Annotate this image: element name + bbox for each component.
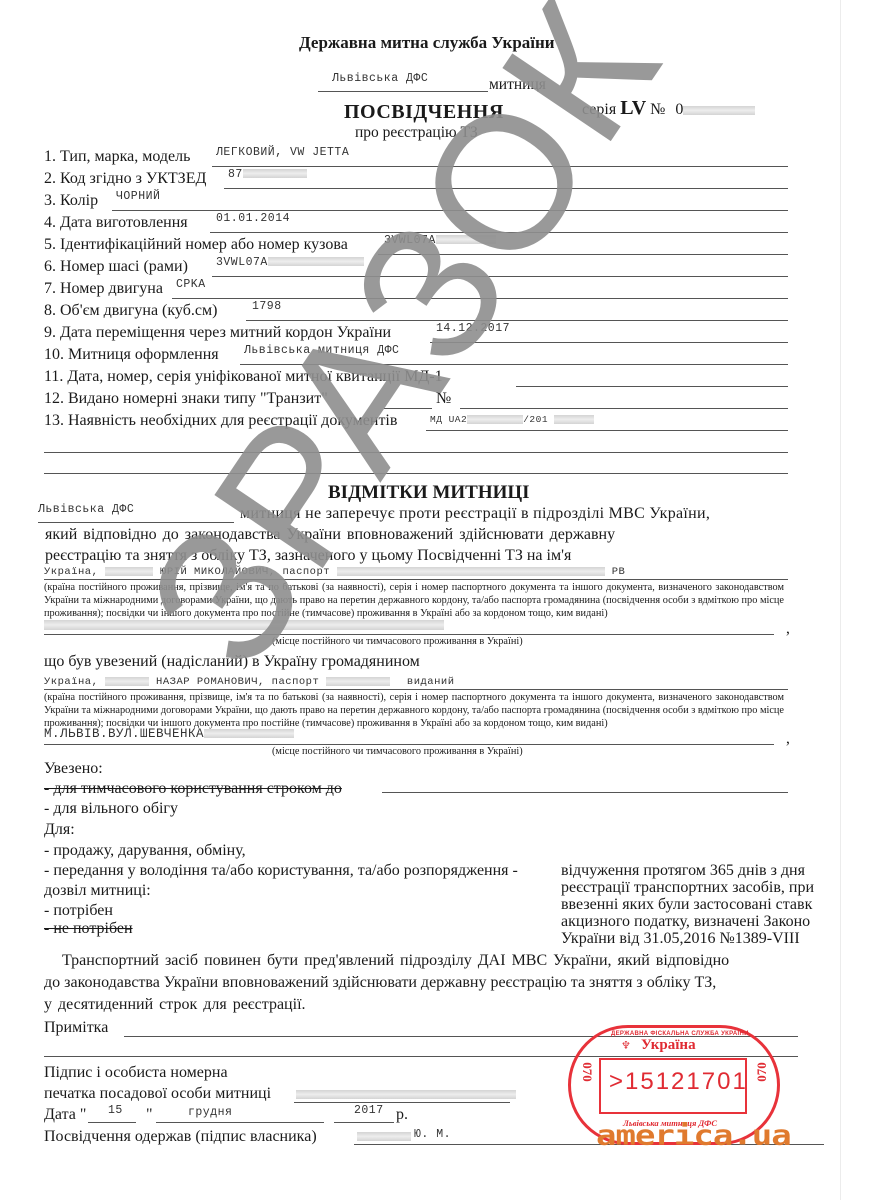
residence-caption: (місце постійного чи тимчасового прожива… xyxy=(272,636,523,647)
permission-not-required: - не потрібен xyxy=(44,920,133,938)
field-value: CPKA xyxy=(176,278,206,291)
temporary-use-line xyxy=(382,792,788,793)
transit-plates-type-line xyxy=(384,408,432,409)
brand-logo: america.ua xyxy=(596,1119,791,1152)
date-label: Дата " xyxy=(44,1106,86,1124)
stamp-country: Україна xyxy=(641,1037,696,1054)
importer-suffix: виданий xyxy=(407,676,455,688)
marks-line-3: реєстрацію та зняття з обліку ТЗ, зазнач… xyxy=(45,547,571,565)
field-line xyxy=(172,298,788,299)
field-value: 14.12.2017 xyxy=(436,322,510,335)
field-line xyxy=(240,364,788,365)
received-initials: Ю. М. xyxy=(414,1128,451,1141)
field-label: 4. Дата виготовлення xyxy=(44,214,188,232)
field-label: 6. Номер шасі (рами) xyxy=(44,258,188,276)
importer-address-value: М.ЛЬВІВ.ВУЛ.ШЕВЧЕНКА xyxy=(44,727,204,741)
transit-number-label: № xyxy=(436,390,451,408)
alienation-line: акцизного податку, визначені Законо xyxy=(561,913,814,930)
field-line xyxy=(210,232,788,233)
owner-country: Україна, xyxy=(44,566,98,578)
field-value: 87 xyxy=(228,168,307,181)
field-value: МД UA2/201 xyxy=(430,414,594,425)
date-quote: " xyxy=(146,1106,153,1124)
owner-suffix: РВ xyxy=(612,566,626,578)
free-circulation-option: - для вільного обігу xyxy=(44,800,178,818)
notice-line-1: Транспортний засіб повинен бути пред'явл… xyxy=(62,952,729,970)
date-year: 2017 xyxy=(354,1104,384,1117)
residence-comma: , xyxy=(786,620,790,638)
imported-label: Увезено: xyxy=(44,760,103,778)
date-suffix: р. xyxy=(396,1106,408,1124)
field-label: 2. Код згідно з УКТЗЕД xyxy=(44,170,206,188)
organization-heading: Державна митна служба України xyxy=(299,33,555,53)
document-title: ПОСВІДЧЕННЯ xyxy=(344,101,504,124)
blank-line xyxy=(44,473,788,474)
field-label: 7. Номер двигуна xyxy=(44,280,163,298)
field-label: 5. Ідентифікаційний номер або номер кузо… xyxy=(44,236,348,254)
field-value: ЧОРНИЙ xyxy=(116,190,160,203)
field-line xyxy=(378,254,788,255)
alienation-line: ввезенні яких були застосовані ставк xyxy=(561,896,814,913)
date-year-line xyxy=(334,1122,394,1123)
owner-caption: (країна постійного проживання, прізвище,… xyxy=(44,581,784,620)
field-label: 8. Об'єм двигуна (куб.см) xyxy=(44,302,217,320)
field-label: 10. Митниця оформлення xyxy=(44,346,219,364)
stamp-number: >15121701 xyxy=(609,1068,748,1096)
field-label: 11. Дата, номер, серія уніфікованої митн… xyxy=(44,368,443,386)
imported-by-text: що був увезений (надісланий) в Україну г… xyxy=(44,653,420,671)
notice-line-2: до законодавства України вповноважений з… xyxy=(44,974,716,992)
alienation-line: реєстрації транспортних засобів, при xyxy=(561,879,814,896)
alienation-text: відчуження протягом 365 днів з дняреєстр… xyxy=(561,862,814,947)
sale-option: - продажу, дарування, обміну, xyxy=(44,842,246,860)
stamp-side-code-right: 070 xyxy=(753,1062,769,1082)
date-day: 15 xyxy=(108,1104,123,1117)
importer-country: Україна, xyxy=(44,676,98,688)
field-label: 1. Тип, марка, модель xyxy=(44,148,190,166)
redacted-residence xyxy=(44,620,444,630)
redacted-value xyxy=(436,235,496,244)
signature-line-1: Підпис і особиста номерна xyxy=(44,1064,228,1082)
notice-line-3: у десятиденний строк для реєстрації. xyxy=(44,996,306,1014)
address-caption: (місце постійного чи тимчасового прожива… xyxy=(272,746,523,757)
customs-office-line xyxy=(318,91,488,92)
permission-required: - потрібен xyxy=(44,902,113,920)
for-label: Для: xyxy=(44,821,75,839)
date-month-line xyxy=(156,1122,324,1123)
importer-address: М.ЛЬВІВ.ВУЛ.ШЕВЧЕНКА xyxy=(44,727,294,741)
field-value: ЛЕГКОВИЙ, VW JETTA xyxy=(216,146,349,159)
signature-line-2: печатка посадової особи митниці xyxy=(44,1085,271,1103)
importer-line: Україна, НАЗАР РОМАНОВИЧ, паспорт видани… xyxy=(44,676,455,688)
owner-name: ЮРІЙ МИКОЛАЙОВИЧ, паспорт xyxy=(160,566,330,578)
redacted-officer xyxy=(296,1090,516,1099)
field-value: 3VWL07A xyxy=(384,234,496,247)
stamp-side-code-left: 070 xyxy=(579,1062,595,1082)
field-line xyxy=(246,320,788,321)
redacted-number xyxy=(683,106,755,115)
redacted-owner-surname xyxy=(105,567,153,576)
received-label: Посвідчення одержав (підпис власника) xyxy=(44,1128,317,1146)
marks-line-2: який відповідно до законодавства України… xyxy=(45,526,615,544)
field-label: 12. Видано номерні знаки типу "Транзит" xyxy=(44,390,328,408)
redacted-value xyxy=(268,257,364,266)
field-value: Львівська митниця ДФС xyxy=(244,344,399,357)
field-label: 9. Дата переміщення через митний кордон … xyxy=(44,324,391,342)
field-line xyxy=(430,342,788,343)
series-label: серія xyxy=(582,101,616,118)
redacted-importer-passport xyxy=(326,677,390,686)
owner-rule xyxy=(44,579,788,580)
residence-rule xyxy=(44,634,774,635)
temporary-use-option: - для тимчасового користування строком д… xyxy=(44,780,342,798)
field-line xyxy=(516,386,788,387)
field-label: 13. Наявність необхідних для реєстрації … xyxy=(44,412,397,430)
field-value: 3VWL07A xyxy=(216,256,364,269)
field-line xyxy=(212,166,788,167)
note-label: Примітка xyxy=(44,1019,108,1037)
redacted-value xyxy=(243,169,307,178)
field-line xyxy=(112,210,788,211)
field-line xyxy=(224,188,788,189)
importer-caption: (країна постійного проживання, прізвище,… xyxy=(44,691,784,730)
transit-number-line xyxy=(460,408,788,409)
number-prefix: 0 xyxy=(675,101,683,118)
alienation-line: відчуження протягом 365 днів з дня xyxy=(561,862,814,879)
series-value: LV xyxy=(620,97,646,119)
number-label: № xyxy=(650,101,665,118)
importer-name: НАЗАР РОМАНОВИЧ, паспорт xyxy=(156,676,319,688)
officer-signature-line xyxy=(294,1102,510,1103)
customs-office-suffix: митниця xyxy=(489,76,546,94)
blank-line xyxy=(44,452,788,453)
document-subtitle: про реєстрацію ТЗ xyxy=(355,124,478,142)
field-label: 3. Колір xyxy=(44,192,98,210)
series-block: серія LV № 0 xyxy=(582,97,755,120)
alienation-line: України від 31.05,2016 №1389-VIII xyxy=(561,930,814,947)
customs-office-value: Львівська ДФС xyxy=(332,72,428,85)
importer-rule xyxy=(44,689,788,690)
field-value: 1798 xyxy=(252,300,282,313)
permission-label: дозвіл митниці: xyxy=(44,882,151,900)
field-value: 01.01.2014 xyxy=(216,212,290,225)
field-line xyxy=(426,430,788,431)
marks-line-1: митниця не заперечує проти реєстрації в … xyxy=(240,505,710,523)
page-edge xyxy=(840,0,841,1200)
marks-office-line xyxy=(38,522,234,523)
customs-marks-heading: ВІДМІТКИ МИТНИЦІ xyxy=(328,482,530,504)
redacted-value xyxy=(467,415,523,424)
owner-line: Україна, ЮРІЙ МИКОЛАЙОВИЧ, паспорт РВ xyxy=(44,566,625,578)
address-rule xyxy=(44,744,774,745)
date-day-line xyxy=(88,1122,136,1123)
date-month: грудня xyxy=(188,1106,232,1119)
trident-icon: ♆ xyxy=(621,1039,631,1052)
redacted-address xyxy=(204,729,294,738)
redacted-owner-signature xyxy=(357,1132,411,1141)
address-comma: , xyxy=(786,730,790,748)
redacted-passport xyxy=(337,567,605,576)
redacted-value xyxy=(554,415,594,424)
marks-office-value: Львівська ДФС xyxy=(38,503,134,516)
field-line xyxy=(212,276,788,277)
transfer-option: - передання у володіння та/або користува… xyxy=(44,862,518,880)
redacted-importer-surname xyxy=(105,677,149,686)
